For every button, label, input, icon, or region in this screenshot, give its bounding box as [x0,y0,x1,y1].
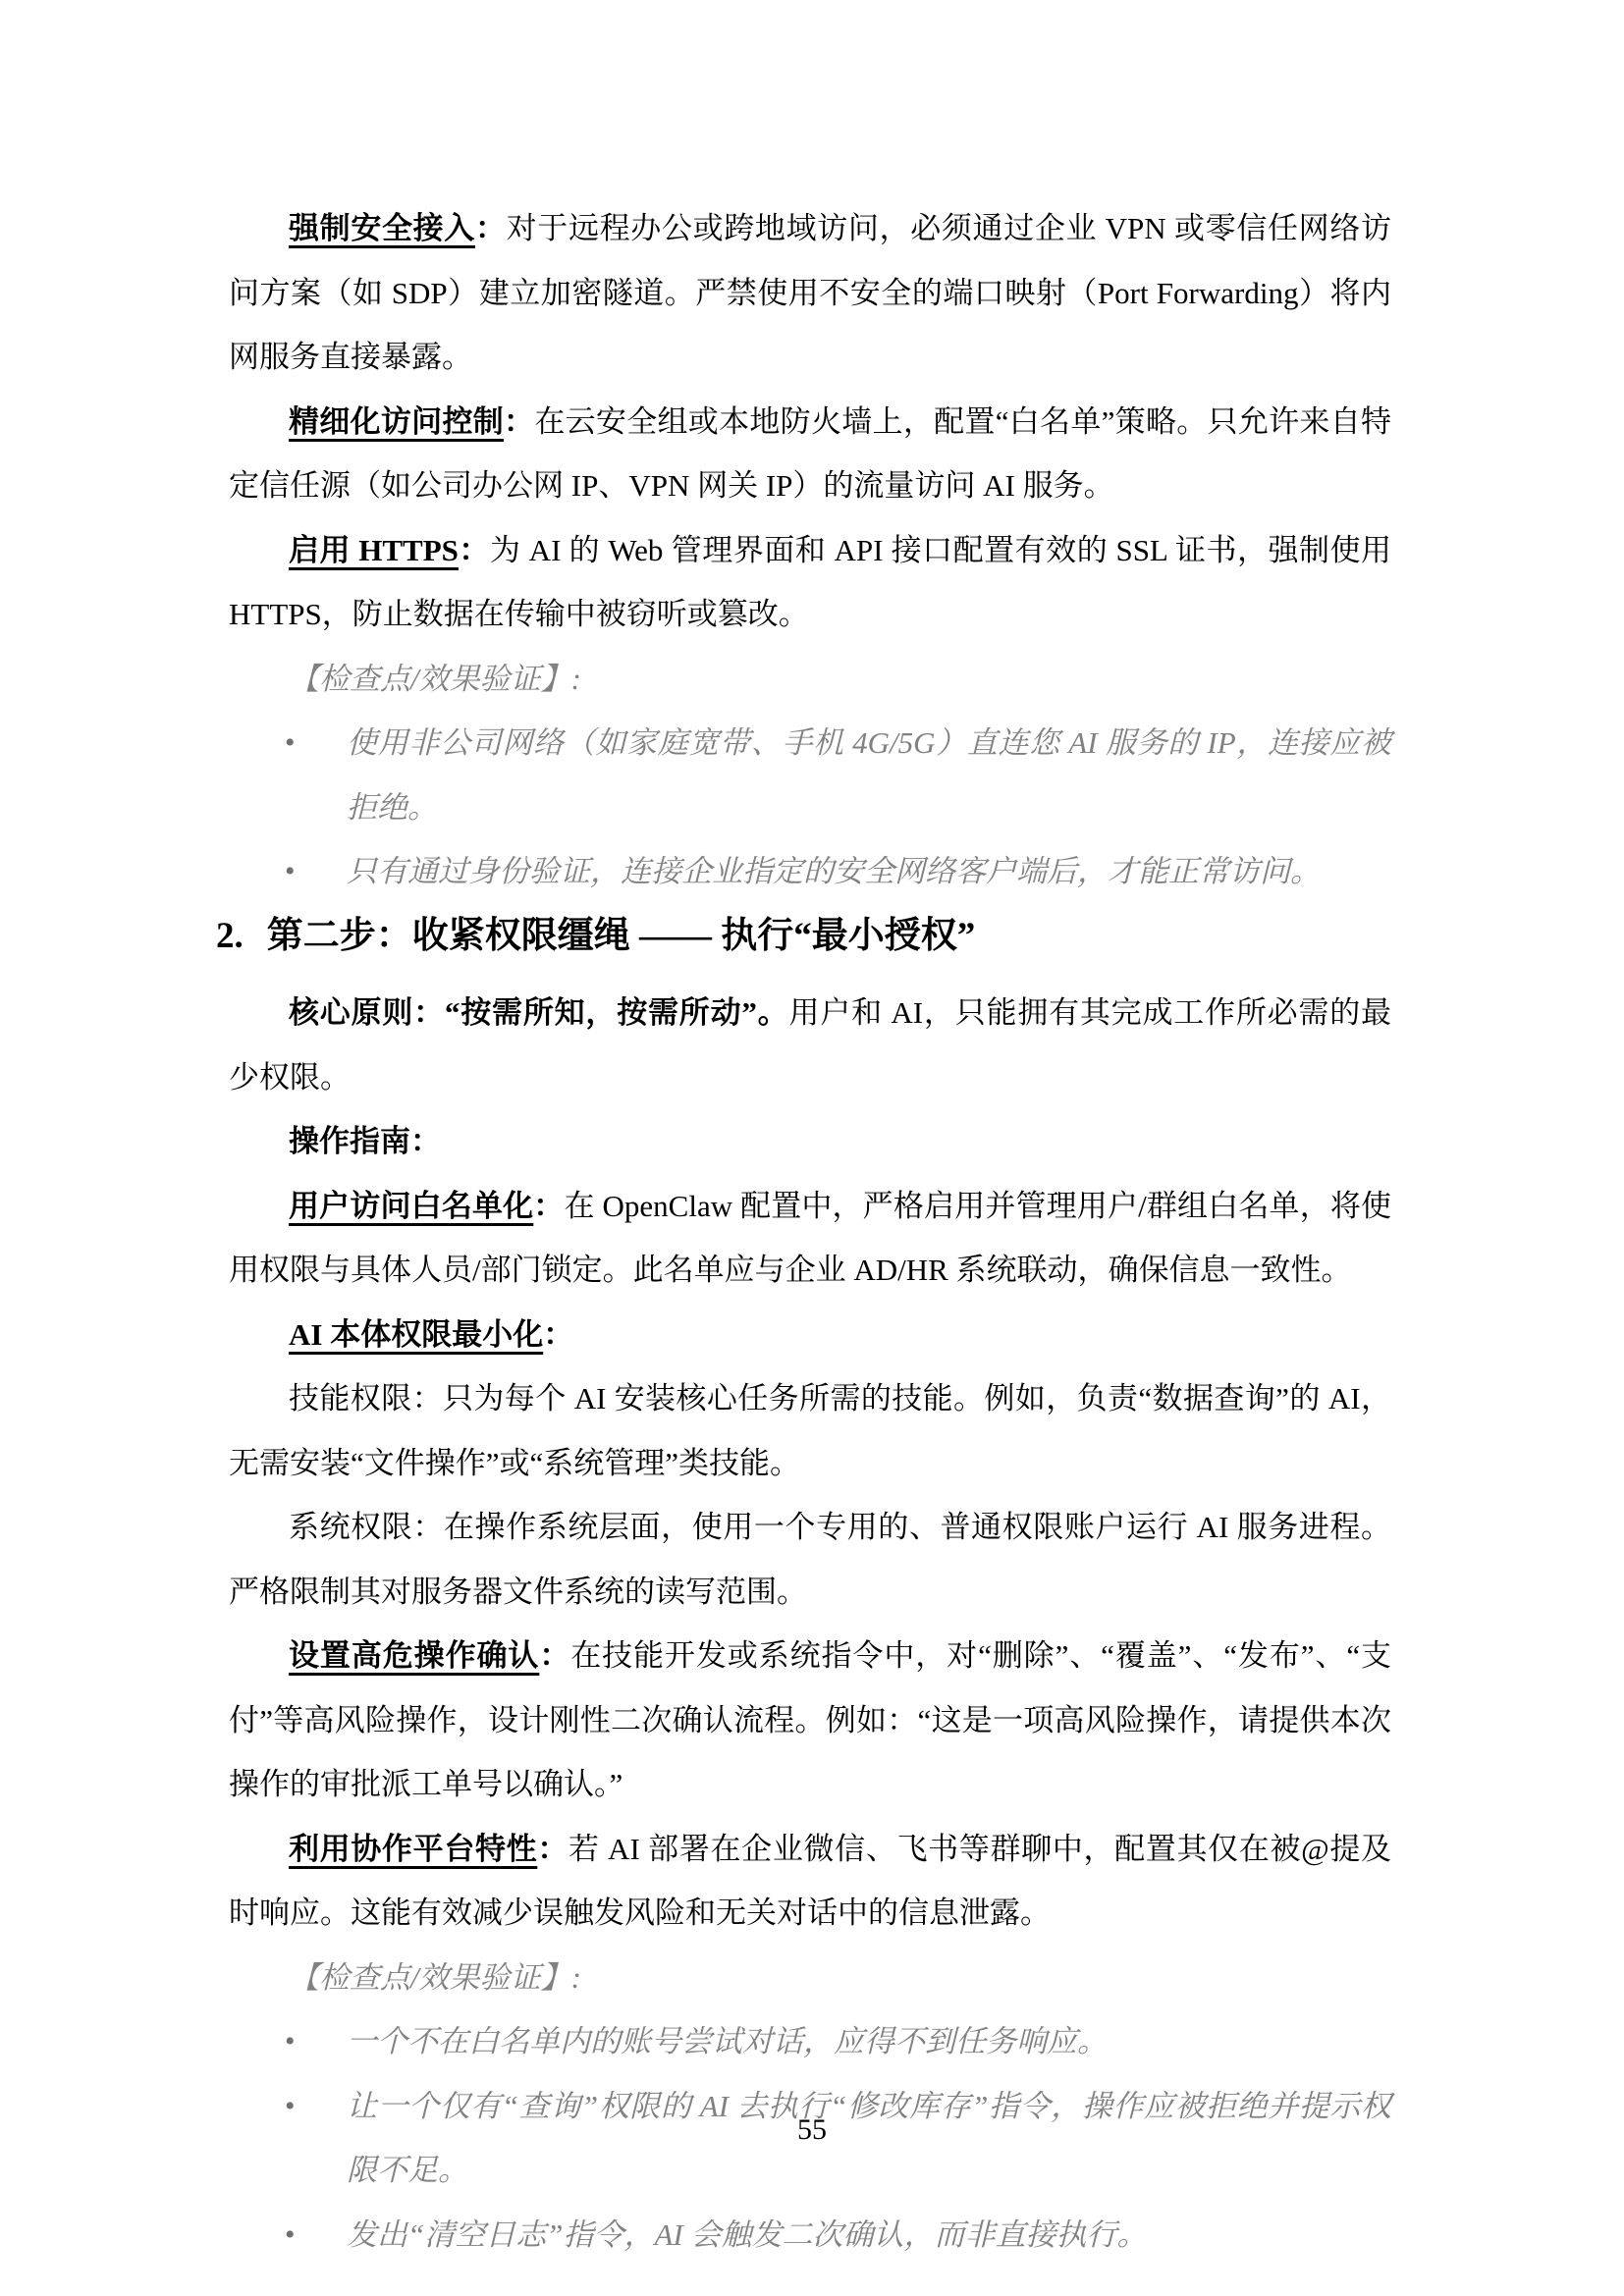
text-segment: ： [537,1832,568,1866]
paragraph: 核心原则：“按需所知，按需所动”。用户和 AI，只能拥有其完成工作所必需的最少权… [229,981,1391,1109]
checkpoint-note-label: 【检查点/效果验证】: [229,647,1391,712]
text-segment: 强制安全接入 [289,211,475,245]
paragraph: 强制安全接入：对于远程办公或跨地域访问，必须通过企业 VPN 或零信任网络访问方… [229,196,1391,390]
page-number: 55 [0,2110,1624,2150]
text-segment: 用户访问白名单化 [289,1189,533,1223]
list-item: 使用非公司网络（如家庭宽带、手机 4G/5G）直连您 AI 服务的 IP，连接应… [229,711,1391,839]
paragraph: 利用协作平台特性：若 AI 部署在企业微信、飞书等群聊中，配置其仅在被@提及时响… [229,1817,1391,1946]
text-segment: 技能权限：只为每个 AI 安装核心任务所需的技能。例如，负责“数据查询”的 AI… [229,1381,1391,1480]
bullet-list: 使用非公司网络（如家庭宽带、手机 4G/5G）直连您 AI 服务的 IP，连接应… [229,711,1391,904]
paragraph: 启用 HTTPS：为 AI 的 Web 管理界面和 API 接口配置有效的 SS… [229,518,1391,647]
text-segment: 系统权限：在操作系统层面，使用一个专用的、普通权限账户运行 AI 服务进程。严格… [229,1510,1391,1609]
text-segment: ： [539,1638,570,1673]
paragraph: 系统权限：在操作系统层面，使用一个专用的、普通权限账户运行 AI 服务进程。严格… [229,1495,1391,1624]
paragraph: AI 本体权限最小化： [229,1303,1391,1367]
text-segment: 设置高危操作确认 [289,1638,539,1673]
text-segment: ： [459,533,490,567]
text-segment: ： [533,1189,564,1223]
paragraph: 设置高危操作确认：在技能开发或系统指令中，对“删除”、“覆盖”、“发布”、“支付… [229,1624,1391,1817]
text-segment: ： [475,211,507,245]
text-segment: ： [543,1317,573,1352]
heading-text: 第二步：收紧权限缰绳 —— 执行“最小授权” [267,916,976,956]
list-item: 发出“清空日志”指令，AI 会触发二次确认，而非直接执行。 [229,2203,1391,2268]
list-item: 只有通过身份验证，连接企业指定的安全网络客户端后，才能正常访问。 [229,839,1391,904]
paragraph: 操作指南： [229,1109,1391,1174]
paragraph: 技能权限：只为每个 AI 安装核心任务所需的技能。例如，负责“数据查询”的 AI… [229,1366,1391,1495]
text-segment: AI 本体权限最小化 [289,1317,543,1352]
document-page: 强制安全接入：对于远程办公或跨地域访问，必须通过企业 VPN 或零信任网络访问方… [0,0,1624,2296]
document-body: 强制安全接入：对于远程办公或跨地域访问，必须通过企业 VPN 或零信任网络访问方… [229,196,1391,2267]
text-segment: 操作指南： [289,1124,441,1158]
checkpoint-note-label: 【检查点/效果验证】: [229,1946,1391,2010]
list-item: 一个不在白名单内的账号尝试对话，应得不到任务响应。 [229,2009,1391,2074]
text-segment: 利用协作平台特性 [289,1832,537,1866]
heading-number: 2. [216,916,244,956]
paragraph: 精细化访问控制：在云安全组或本地防火墙上，配置“白名单”策略。只允许来自特定信任… [229,390,1391,518]
text-segment: 核心原则：“按需所知，按需所动”。 [289,995,788,1030]
text-segment: 启用 HTTPS [289,533,459,567]
section-heading: 2.第二步：收紧权限缰绳 —— 执行“最小授权” [216,904,1391,969]
text-segment: 精细化访问控制 [289,404,504,439]
paragraph: 用户访问白名单化：在 OpenClaw 配置中，严格启用并管理用户/群组白名单，… [229,1174,1391,1303]
text-segment: ： [504,404,534,439]
